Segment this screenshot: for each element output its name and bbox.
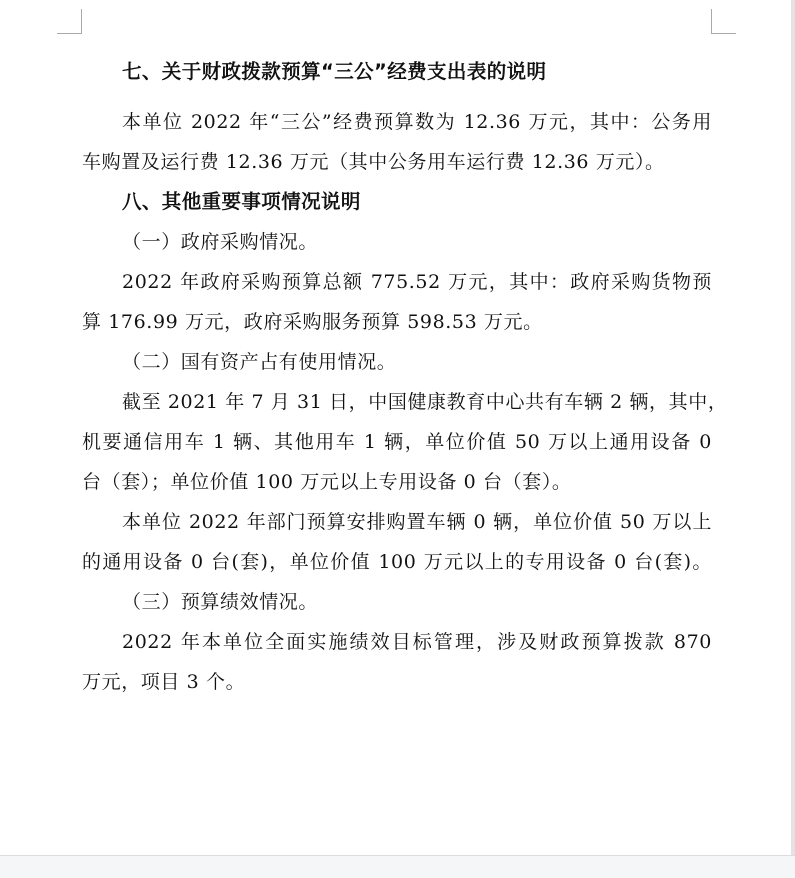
subsection-2-paragraph-1-line-2: 机要通信用车 1 辆、其他用车 1 辆，单位价值 50 万以上通用设备 0 [82, 422, 712, 462]
document-viewer: 七、关于财政拨款预算“三公”经费支出表的说明 本单位 2022 年“三公”经费预… [0, 0, 795, 878]
subsection-2-paragraph-1-line-3: 台（套）；单位价值 100 万元以上专用设备 0 台（套）。 [82, 462, 712, 502]
vertical-scrollbar-track[interactable] [791, 0, 795, 855]
subsection-2-heading: （二）国有资产占有使用情况。 [82, 342, 712, 382]
top-right-margin-mark [711, 9, 736, 34]
subsection-3-heading: （三）预算绩效情况。 [82, 582, 712, 622]
document-body[interactable]: 七、关于财政拨款预算“三公”经费支出表的说明 本单位 2022 年“三公”经费预… [82, 52, 712, 702]
section-7-paragraph-line-2: 车购置及运行费 12.36 万元（其中公务用车运行费 12.36 万元）。 [82, 142, 712, 182]
subsection-1-paragraph-line-2: 算 176.99 万元，政府采购服务预算 598.53 万元。 [82, 302, 712, 342]
subsection-1-heading: （一）政府采购情况。 [82, 222, 712, 262]
subsection-1-paragraph-line-1: 2022 年政府采购预算总额 775.52 万元，其中：政府采购货物预 [82, 262, 712, 302]
section-8-heading: 八、其他重要事项情况说明 [82, 182, 712, 222]
subsection-3-paragraph-line-2: 万元，项目 3 个。 [82, 662, 712, 702]
document-page: 七、关于财政拨款预算“三公”经费支出表的说明 本单位 2022 年“三公”经费预… [0, 0, 791, 855]
subsection-2-paragraph-1-line-1: 截至 2021 年 7 月 31 日，中国健康教育中心共有车辆 2 辆，其中， [82, 382, 712, 422]
top-left-margin-mark [57, 9, 82, 34]
section-7-heading: 七、关于财政拨款预算“三公”经费支出表的说明 [82, 52, 712, 92]
page-gap-area [0, 855, 795, 878]
subsection-3-paragraph-line-1: 2022 年本单位全面实施绩效目标管理，涉及财政预算拨款 870 [82, 622, 712, 662]
section-7-paragraph-line-1: 本单位 2022 年“三公”经费预算数为 12.36 万元，其中：公务用 [82, 102, 712, 142]
subsection-2-paragraph-2-line-1: 本单位 2022 年部门预算安排购置车辆 0 辆，单位价值 50 万以上 [82, 502, 712, 542]
subsection-2-paragraph-2-line-2: 的通用设备 0 台(套)，单位价值 100 万元以上的专用设备 0 台(套)。 [82, 542, 712, 582]
